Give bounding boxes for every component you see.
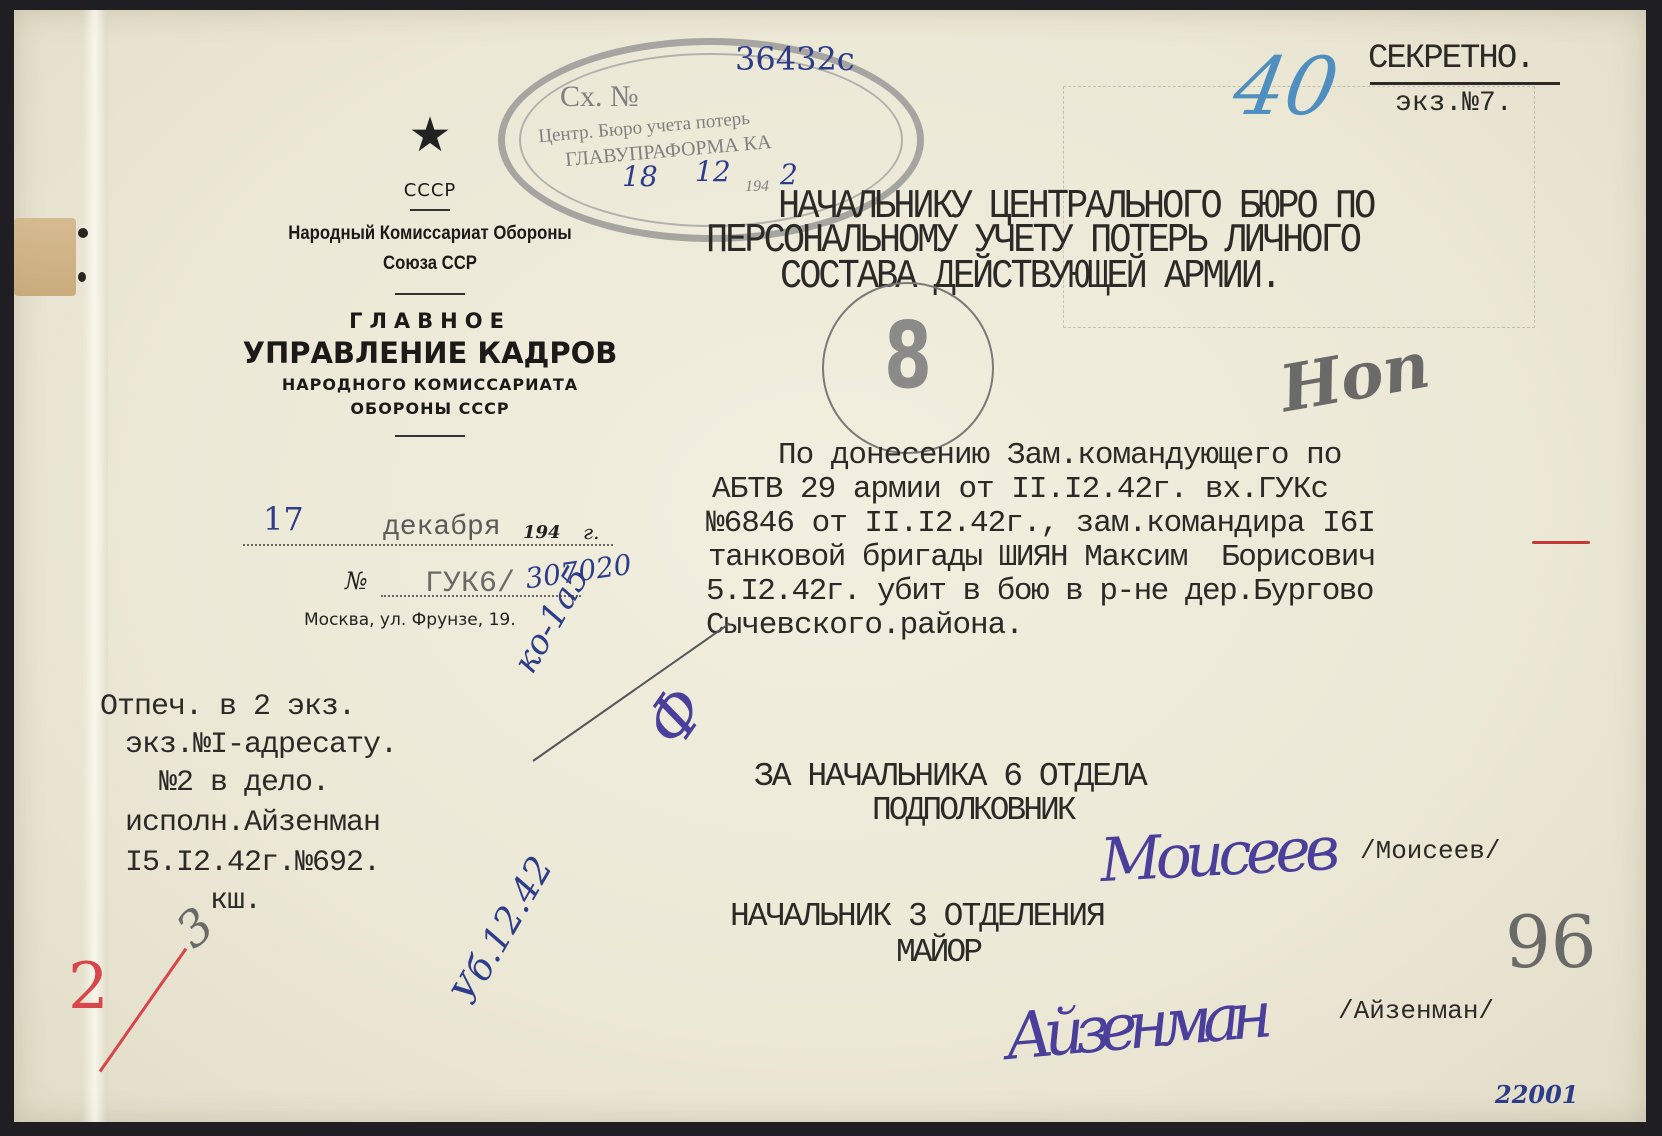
date-line: 17 декабря 194 г. [243,510,623,550]
circle-mark: 8 [822,282,994,454]
body-line-6: Сычевского.района. [706,608,1023,643]
dept-line-3: НАРОДНОГО КОМИССАРИАТА [210,373,650,397]
print-note-line-2: экз.№I-адресату. [108,728,397,762]
sig1-title-1: ЗА НАЧАЛЬНИКА 6 ОТДЕЛА [754,758,1146,795]
hand-number-40: 40 [1227,40,1345,133]
circle-mark-number: 8 [845,302,971,409]
sig2-title-2: МАЙОР [896,934,980,971]
stamp-date-month: 12 [695,155,731,188]
date-year-prefix: 194 [523,522,561,543]
date-g: г. [583,520,599,544]
classification-underline [1370,82,1560,85]
divider [410,209,450,211]
sig1-title-2: ПОДПОЛКОВНИК [872,792,1074,829]
stamp-date-year: 194 [745,178,769,196]
binding-hole [78,272,86,282]
stamp-number: 36432с [735,40,855,78]
number-line: № ГУК6/ 307020 [345,565,665,605]
body-line-1: По донесению Зам.командующего по [778,438,1341,473]
dotted-line [243,544,613,546]
sig1-signature: Моисеев [1098,814,1335,896]
dept-line-2: УПРАВЛЕНИЕ КАДРОВ [210,333,650,373]
copy-number: экз.№7. [1395,88,1513,119]
date-day: 17 [263,500,304,538]
red-underline [1532,541,1590,544]
date-month: декабря [383,512,501,543]
print-note-line-1: Отпеч. в 2 экз. [100,690,355,724]
org-line-1: Народный Комиссариат Обороны [236,219,623,249]
tape-patch [14,218,76,296]
address: Москва, ул. Фрунзе, 19. [304,610,516,630]
divider [395,293,465,295]
body-line-2: АБТВ 29 армии от II.I2.42г. вх.ГУКс [712,472,1328,507]
addressee-line-3: СОСТАВА ДЕЙСТВУЮЩЕЙ АРМИИ. [780,254,1279,300]
classification-label: СЕКРЕТНО. [1368,40,1534,78]
binding-hole [78,228,88,238]
stamp-date-day: 18 [622,160,658,193]
bottom-number: 22001 [1495,1080,1579,1109]
divider [395,435,465,437]
body-line-5: 5.I2.42г. убит в бою в р-не дер.Бургово [706,574,1373,609]
right-margin-mark: 96 [1505,900,1597,984]
stamp-line-1: Сх. № [560,80,639,114]
org-line-2: Союза ССР [236,249,623,279]
dept-line-4: ОБОРОНЫ СССР [210,397,650,421]
sig2-name: /Айзенман/ [1338,996,1494,1026]
red-mark: 2 [68,950,109,1024]
sig1-name: /Моисеев/ [1360,836,1500,866]
dept-line-1: ГЛАВНОЕ [210,309,650,333]
sig2-title-1: НАЧАЛЬНИК 3 ОТДЕЛЕНИЯ [730,898,1104,935]
body-line-4: танковой бригады ШИЯН Максим Борисович [708,540,1375,575]
print-note-line-5: I5.I2.42г.№692. [108,846,380,880]
print-note-line-3: №2 в дело. [108,766,329,800]
number-label: № [345,567,368,595]
print-note-line-4: исполн.Айзенман [108,806,380,840]
body-line-3: №6846 от II.I2.42г., зам.командира I6I [706,506,1375,541]
